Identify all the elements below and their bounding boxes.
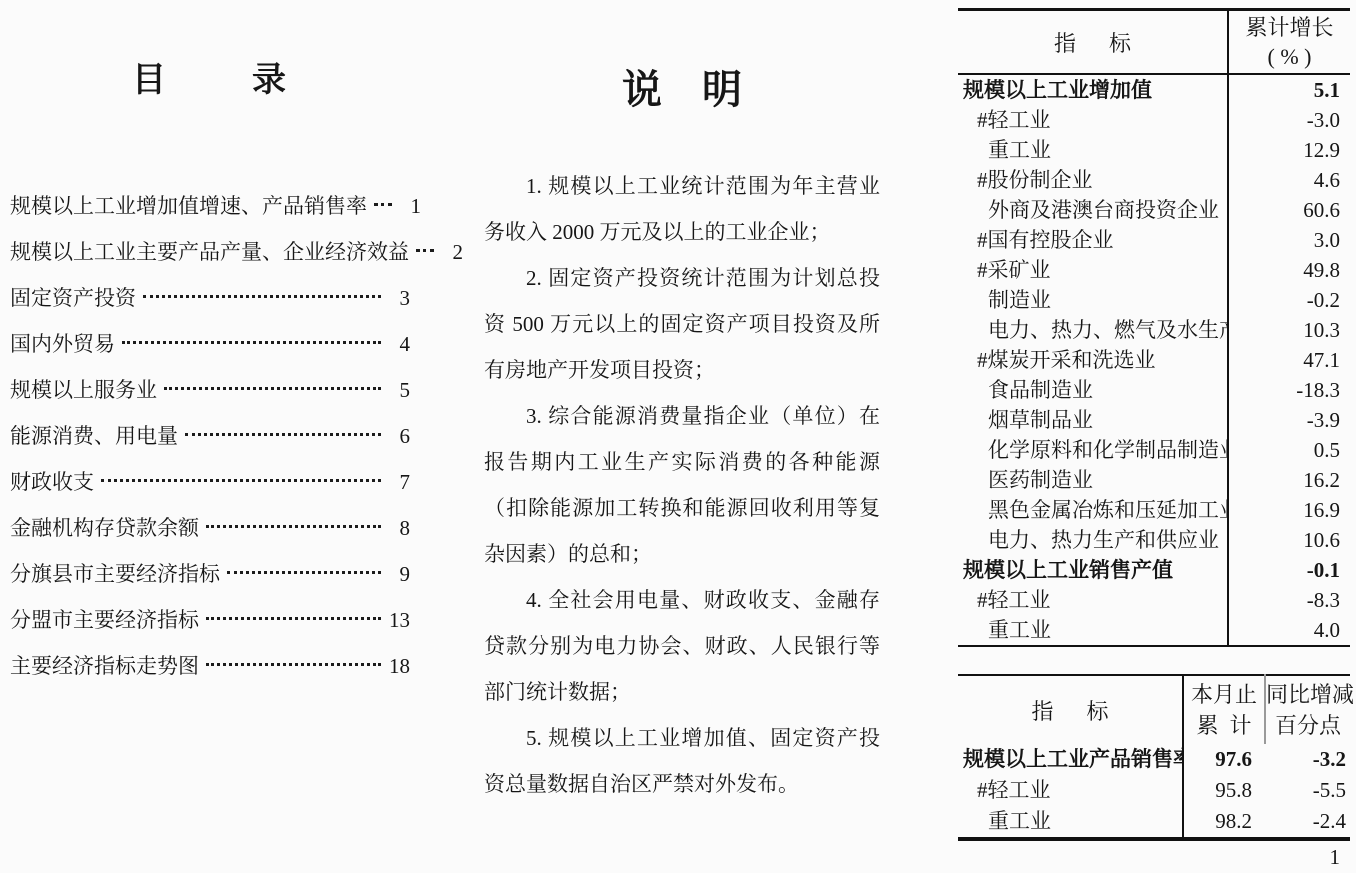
growth-table-row: 化学原料和化学制品制造业0.5 — [958, 435, 1350, 465]
indicator-label: 烟草制品业 — [958, 405, 1228, 435]
note-paragraph: 2. 固定资产投资统计范围为计划总投资 500 万元以上的固定资产项目投资及所有… — [484, 255, 880, 393]
cumulative-value: 95.8 — [1183, 775, 1265, 806]
sales-header-yoy-line2: 百分点 — [1266, 710, 1350, 741]
growth-value: -0.2 — [1228, 285, 1350, 315]
toc-item-label: 国内外贸易 — [10, 321, 115, 367]
growth-header-indicator: 指 标 — [958, 10, 1228, 75]
toc-item-page: 13 — [388, 597, 410, 643]
growth-table-row: 规模以上工业销售产值-0.1 — [958, 555, 1350, 585]
industry-growth-table: 指 标 累计增长 ( % ) 规模以上工业增加值5.1#轻工业-3.0重工业12… — [958, 8, 1350, 647]
growth-value: -8.3 — [1228, 585, 1350, 615]
sales-table-row: 规模以上工业产品销售率(%)97.6-3.2 — [958, 744, 1350, 775]
growth-value: -0.1 — [1228, 555, 1350, 585]
indicator-label: 制造业 — [958, 285, 1228, 315]
toc-item-label: 规模以上工业增加值增速、产品销售率 — [10, 183, 367, 229]
sales-header-yoy: 同比增减 百分点 — [1265, 675, 1350, 744]
growth-value: 3.0 — [1228, 225, 1350, 255]
growth-table-row: 重工业12.9 — [958, 135, 1350, 165]
growth-table-row: 规模以上工业增加值5.1 — [958, 74, 1350, 105]
growth-table-row: 电力、热力、燃气及水生产和供应业10.3 — [958, 315, 1350, 345]
indicator-label: 重工业 — [958, 806, 1183, 839]
note-paragraph: 5. 规模以上工业增加值、固定资产投资总量数据自治区严禁对外发布。 — [484, 715, 880, 807]
tables-section: 指 标 累计增长 ( % ) 规模以上工业增加值5.1#轻工业-3.0重工业12… — [958, 8, 1350, 870]
toc-item: 财政收支7 — [10, 459, 410, 505]
growth-value: 0.5 — [1228, 435, 1350, 465]
growth-value: 47.1 — [1228, 345, 1350, 375]
toc-item-page: 1 — [399, 183, 421, 229]
sales-header-cumulative: 本月止 累 计 — [1183, 675, 1265, 744]
growth-table-row: 电力、热力生产和供应业10.6 — [958, 525, 1350, 555]
toc-item: 主要经济指标走势图18 — [10, 643, 410, 689]
toc-dot-leader — [143, 295, 381, 298]
indicator-label: 电力、热力、燃气及水生产和供应业 — [958, 315, 1228, 345]
indicator-label: #股份制企业 — [958, 165, 1228, 195]
growth-table-row: #股份制企业4.6 — [958, 165, 1350, 195]
toc-item-label: 能源消费、用电量 — [10, 413, 178, 459]
growth-value: 4.6 — [1228, 165, 1350, 195]
growth-table-row: 烟草制品业-3.9 — [958, 405, 1350, 435]
indicator-label: 重工业 — [958, 135, 1228, 165]
growth-value: 10.6 — [1228, 525, 1350, 555]
toc-item-label: 分盟市主要经济指标 — [10, 597, 199, 643]
growth-value: 10.3 — [1228, 315, 1350, 345]
sales-table-row: #轻工业95.8-5.5 — [958, 775, 1350, 806]
growth-table-row: #轻工业-3.0 — [958, 105, 1350, 135]
yoy-change-value: -5.5 — [1265, 775, 1350, 806]
growth-header-value: 累计增长 ( % ) — [1228, 10, 1350, 75]
toc-item-label: 金融机构存贷款余额 — [10, 505, 199, 551]
toc-dot-leader — [101, 479, 381, 482]
growth-value: 16.9 — [1228, 495, 1350, 525]
toc-item: 国内外贸易4 — [10, 321, 410, 367]
toc-item: 金融机构存贷款余额8 — [10, 505, 410, 551]
toc-dot-leader — [164, 387, 381, 390]
toc-item: 规模以上工业增加值增速、产品销售率1 — [10, 183, 410, 229]
toc-section: 目 录 规模以上工业增加值增速、产品销售率1规模以上工业主要产品产量、企业经济效… — [10, 52, 410, 689]
indicator-label: 医药制造业 — [958, 465, 1228, 495]
toc-dot-leader — [227, 571, 381, 574]
indicator-label: 黑色金属冶炼和压延加工业 — [958, 495, 1228, 525]
toc-dot-leader — [206, 663, 381, 666]
growth-value: 5.1 — [1228, 74, 1350, 105]
indicator-label: #采矿业 — [958, 255, 1228, 285]
toc-dot-leader — [122, 341, 381, 344]
toc-dot-leader — [374, 203, 392, 206]
page-number: 1 — [958, 845, 1350, 870]
yoy-change-value: -2.4 — [1265, 806, 1350, 839]
sales-header-yoy-line1: 同比增减 — [1266, 679, 1350, 710]
growth-table-row: #国有控股企业3.0 — [958, 225, 1350, 255]
growth-table-row: 食品制造业-18.3 — [958, 375, 1350, 405]
indicator-label: 食品制造业 — [958, 375, 1228, 405]
statistical-bulletin-page: 目 录 规模以上工业增加值增速、产品销售率1规模以上工业主要产品产量、企业经济效… — [0, 0, 1356, 873]
growth-table-row: 制造业-0.2 — [958, 285, 1350, 315]
cumulative-value: 98.2 — [1183, 806, 1265, 839]
growth-table-row: 黑色金属冶炼和压延加工业16.9 — [958, 495, 1350, 525]
toc-title: 目 录 — [10, 52, 410, 101]
growth-table-header-row: 指 标 累计增长 ( % ) — [958, 10, 1350, 75]
toc-item-label: 规模以上服务业 — [10, 367, 157, 413]
toc-item-label: 分旗县市主要经济指标 — [10, 551, 220, 597]
indicator-label: #轻工业 — [958, 105, 1228, 135]
growth-table-row: #采矿业49.8 — [958, 255, 1350, 285]
growth-header-value-line2: ( % ) — [1229, 42, 1350, 71]
indicator-label: #煤炭开采和洗选业 — [958, 345, 1228, 375]
growth-value: 60.6 — [1228, 195, 1350, 225]
toc-dot-leader — [206, 525, 381, 528]
growth-value: 49.8 — [1228, 255, 1350, 285]
notes-title: 说 明 — [484, 58, 880, 115]
toc-item-page: 5 — [388, 367, 410, 413]
toc-list: 规模以上工业增加值增速、产品销售率1规模以上工业主要产品产量、企业经济效益2固定… — [10, 183, 410, 689]
sales-header-cumulative-line2: 累 计 — [1184, 710, 1264, 741]
growth-value: -18.3 — [1228, 375, 1350, 405]
toc-item: 规模以上服务业5 — [10, 367, 410, 413]
growth-header-value-line1: 累计增长 — [1229, 13, 1350, 42]
toc-item-page: 9 — [388, 551, 410, 597]
product-sales-rate-table: 指 标 本月止 累 计 同比增减 百分点 规模以上工业产品销售率(%)97.6-… — [958, 674, 1350, 841]
indicator-label: 外商及港澳台商投资企业 — [958, 195, 1228, 225]
toc-dot-leader — [206, 617, 381, 620]
toc-item-page: 18 — [388, 643, 410, 689]
yoy-change-value: -3.2 — [1265, 744, 1350, 775]
growth-table-row: 医药制造业16.2 — [958, 465, 1350, 495]
toc-item: 能源消费、用电量6 — [10, 413, 410, 459]
growth-value: 16.2 — [1228, 465, 1350, 495]
indicator-label: 重工业 — [958, 615, 1228, 646]
toc-item-label: 财政收支 — [10, 459, 94, 505]
growth-table-row: 重工业4.0 — [958, 615, 1350, 646]
toc-item-page: 6 — [388, 413, 410, 459]
indicator-label: 电力、热力生产和供应业 — [958, 525, 1228, 555]
sales-table-row: 重工业98.2-2.4 — [958, 806, 1350, 839]
indicator-label: #轻工业 — [958, 585, 1228, 615]
sales-header-indicator: 指 标 — [958, 675, 1183, 744]
indicator-label: 规模以上工业增加值 — [958, 74, 1228, 105]
indicator-label: #轻工业 — [958, 775, 1183, 806]
notes-body: 1. 规模以上工业统计范围为年主营业务收入 2000 万元及以上的工业企业；2.… — [484, 163, 880, 807]
toc-dot-leader — [185, 433, 381, 436]
notes-section: 说 明 1. 规模以上工业统计范围为年主营业务收入 2000 万元及以上的工业企… — [484, 58, 880, 807]
growth-value: -3.0 — [1228, 105, 1350, 135]
note-paragraph: 4. 全社会用电量、财政收支、金融存贷款分别为电力协会、财政、人民银行等部门统计… — [484, 577, 880, 715]
growth-table-row: #煤炭开采和洗选业47.1 — [958, 345, 1350, 375]
toc-item-page: 8 — [388, 505, 410, 551]
toc-item: 分盟市主要经济指标13 — [10, 597, 410, 643]
sales-header-cumulative-line1: 本月止 — [1184, 679, 1264, 710]
indicator-label: #国有控股企业 — [958, 225, 1228, 255]
indicator-label: 规模以上工业销售产值 — [958, 555, 1228, 585]
toc-item: 固定资产投资3 — [10, 275, 410, 321]
toc-item-page: 7 — [388, 459, 410, 505]
growth-table-row: 外商及港澳台商投资企业60.6 — [958, 195, 1350, 225]
toc-item: 分旗县市主要经济指标9 — [10, 551, 410, 597]
growth-value: -3.9 — [1228, 405, 1350, 435]
toc-item-label: 规模以上工业主要产品产量、企业经济效益 — [10, 229, 409, 275]
toc-dot-leader — [416, 249, 434, 252]
toc-item-label: 固定资产投资 — [10, 275, 136, 321]
note-paragraph: 3. 综合能源消费量指企业（单位）在报告期内工业生产实际消费的各种能源（扣除能源… — [484, 393, 880, 577]
sales-table-header-row: 指 标 本月止 累 计 同比增减 百分点 — [958, 675, 1350, 744]
toc-item-label: 主要经济指标走势图 — [10, 643, 199, 689]
growth-value: 12.9 — [1228, 135, 1350, 165]
indicator-label: 规模以上工业产品销售率(%) — [958, 744, 1183, 775]
toc-item: 规模以上工业主要产品产量、企业经济效益2 — [10, 229, 410, 275]
growth-value: 4.0 — [1228, 615, 1350, 646]
toc-item-page: 3 — [388, 275, 410, 321]
note-paragraph: 1. 规模以上工业统计范围为年主营业务收入 2000 万元及以上的工业企业； — [484, 163, 880, 255]
toc-item-page: 2 — [441, 229, 463, 275]
cumulative-value: 97.6 — [1183, 744, 1265, 775]
indicator-label: 化学原料和化学制品制造业 — [958, 435, 1228, 465]
growth-table-row: #轻工业-8.3 — [958, 585, 1350, 615]
toc-item-page: 4 — [388, 321, 410, 367]
